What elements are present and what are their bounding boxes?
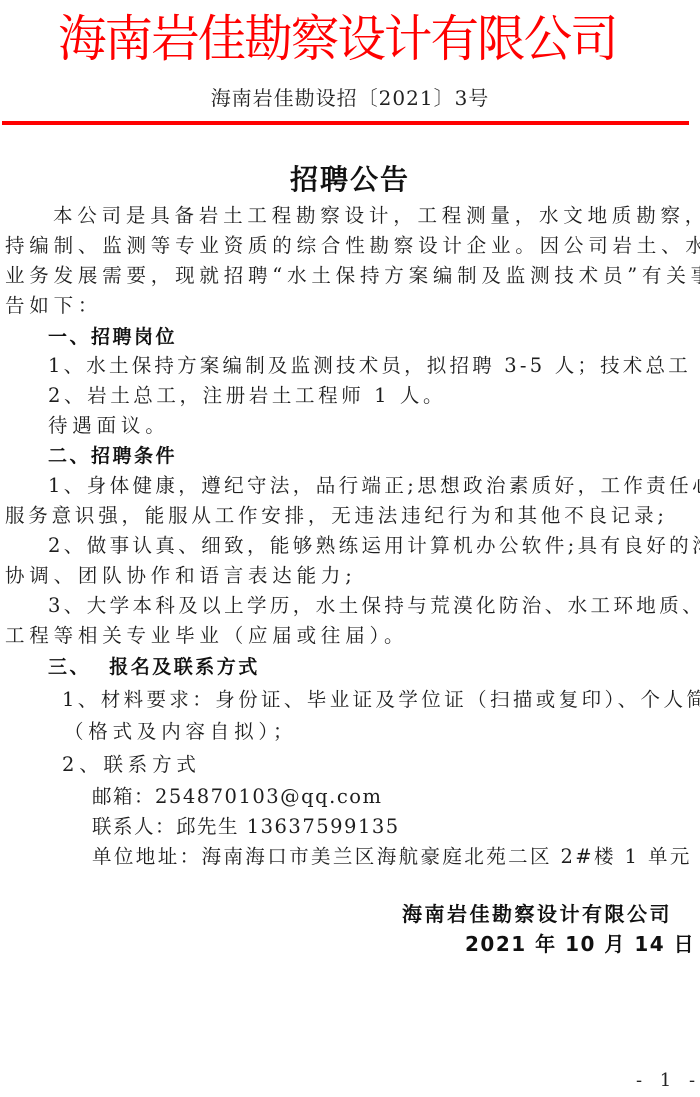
signature-date: 2021 年 10 月 14 日 xyxy=(465,930,695,958)
signature-org: 海南岩佳勘察设计有限公司 xyxy=(402,900,672,928)
org-letterhead-title: 海南岩佳勘察设计有限公司 xyxy=(58,6,617,72)
notice-title: 招聘公告 xyxy=(0,162,700,198)
intro-line-4: 告如下： xyxy=(5,292,102,320)
materials-requirement-line-1: 1、材料要求：身份证、毕业证及学位证（扫描或复印）、个人简历 xyxy=(62,686,700,714)
section-heading-positions: 一、招聘岗位 xyxy=(48,323,177,351)
intro-line-2: 持编制、监测等专业资质的综合性勘察设计企业。因公司岩土、水土保持 xyxy=(5,232,700,260)
requirement-line-1: 1、身体健康，遵纪守法，品行端正;思想政治素质好，工作责任心、 xyxy=(48,472,700,500)
requirement-line-2: 服务意识强，能服从工作安排，无违法违纪行为和其他不良记录; xyxy=(5,502,668,530)
document-number: 海南岩佳勘设招〔2021〕3号 xyxy=(0,85,700,111)
salary-note: 待遇面议。 xyxy=(48,412,170,440)
section-heading-application: 三、 报名及联系方式 xyxy=(48,653,260,681)
page-number: - 1 - xyxy=(636,1070,700,1091)
letterhead-red-rule xyxy=(2,121,689,125)
contact-address: 单位地址：海南海口市美兰区海航豪庭北苑二区 2#楼 1 单元 701 xyxy=(92,843,700,871)
intro-line-1: 本公司是具备岩土工程勘察设计，工程测量，水文地质勘察，水土保 xyxy=(53,202,700,230)
position-item-2: 2、岩土总工，注册岩土工程师 1 人。 xyxy=(48,382,446,410)
requirement-line-5: 3、大学本科及以上学历，水土保持与荒漠化防治、水工环地质、岩土 xyxy=(48,592,700,620)
contact-email: 邮箱：254870103@qq.com xyxy=(92,783,382,811)
section-heading-requirements: 二、招聘条件 xyxy=(48,442,177,470)
requirement-line-3: 2、做事认真、细致，能够熟练运用计算机办公软件;具有良好的沟通 xyxy=(48,532,700,560)
contact-heading: 2、联系方式 xyxy=(62,751,201,779)
contact-person: 联系人：邱先生 13637599135 xyxy=(92,813,400,841)
intro-line-3: 业务发展需要，现就招聘“水土保持方案编制及监测技术员”有关事项公 xyxy=(5,262,700,290)
requirement-line-4: 协调、团队协作和语言表达能力; xyxy=(5,562,357,590)
position-item-1: 1、水土保持方案编制及监测技术员，拟招聘 3-5 人；技术总工 1 人。 xyxy=(48,352,700,380)
materials-requirement-line-2: （格式及内容自拟）； xyxy=(64,718,297,746)
requirement-line-6: 工程等相关专业毕业（应届或往届）。 xyxy=(5,622,408,650)
